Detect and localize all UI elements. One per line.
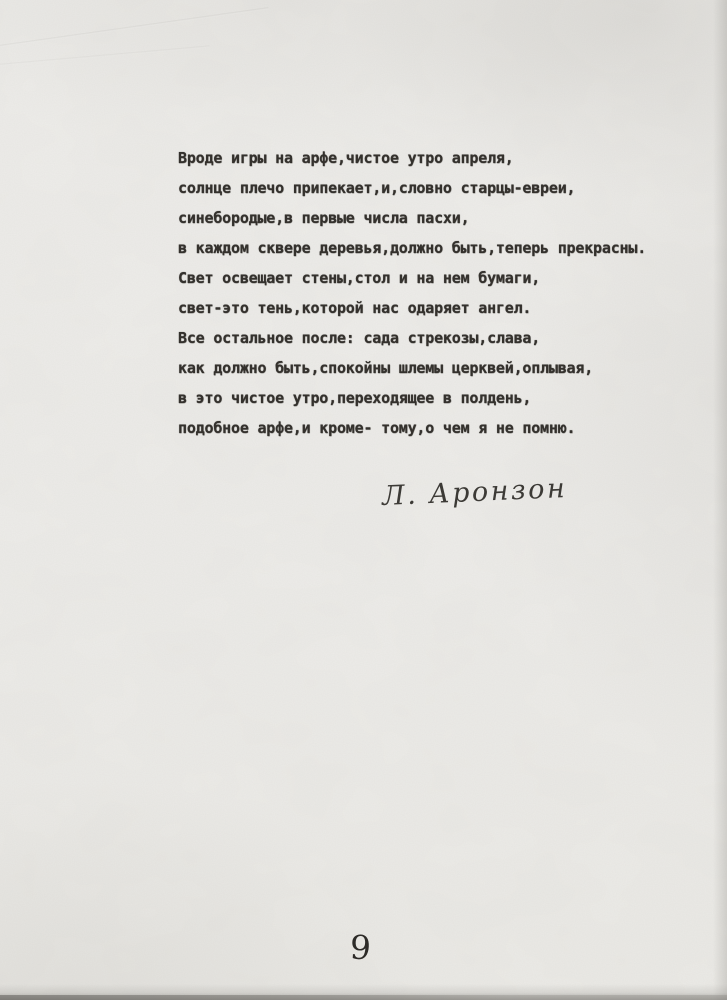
poem-line: Вроде игры на арфе,чистое утро апреля, [178,143,698,173]
poem-line: Свет освещает стены,стол и на нем бумаги… [178,263,698,293]
poem-line: в это чистое утро,переходящее в полдень, [178,383,698,413]
handwritten-page-number: 9 [349,927,372,967]
poem-line: Все остальное после: сада стрекозы,слава… [178,323,698,353]
paper-crease [0,45,210,66]
poem-line: солнце плечо припекает,и,словно старцы-е… [178,173,698,203]
poem-line: в каждом сквере деревья,должно быть,тепе… [178,233,698,263]
scanned-page: Вроде игры на арфе,чистое утро апреля, с… [0,0,727,1000]
poem-text-block: Вроде игры на арфе,чистое утро апреля, с… [178,143,698,443]
paper-crease [0,7,269,51]
handwritten-signature: Л. Аронзон [381,473,567,512]
poem-line: синебородые,в первые числа пасхи, [178,203,698,233]
paper-edge-bottom-line [0,995,727,1000]
paper-edge-right-shadow [713,0,727,1000]
poem-line: подобное арфе,и кроме- тому,о чем я не п… [178,413,698,443]
poem-line: свет-это тень,которой нас одаряет ангел. [178,293,698,323]
poem-line: как должно быть,спокойны шлемы церквей,о… [178,353,698,383]
paper-edge-bottom-shadow [0,984,727,1000]
